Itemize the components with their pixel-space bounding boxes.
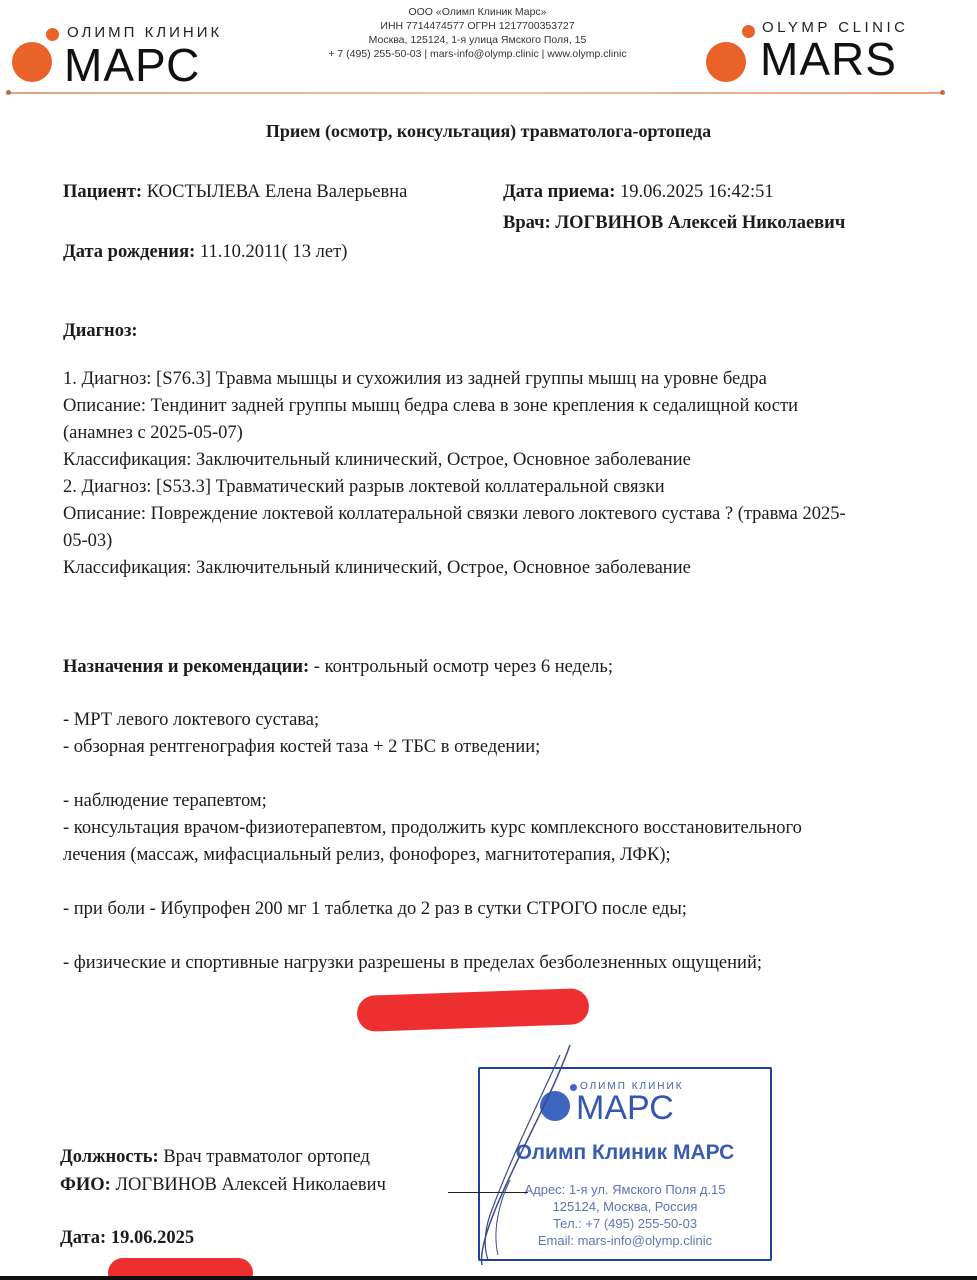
signature-icon xyxy=(440,1040,600,1270)
recommendation-item: - обзорная рентгенография костей таза + … xyxy=(63,734,540,761)
recommendations-label: Назначения и рекомендации: xyxy=(63,657,309,677)
logo-small-circle-icon xyxy=(46,28,59,41)
recommendation-item: - консультация врачом-физиотерапевтом, п… xyxy=(63,815,802,842)
doctor-field: Врач: ЛОГВИНОВ Алексей Николаевич xyxy=(503,210,845,237)
patient-field: Пациент: КОСТЫЛЕВА Елена Валерьевна xyxy=(63,179,407,206)
logo-circle-icon xyxy=(706,42,746,82)
redaction-mark xyxy=(356,988,589,1032)
logo-circle-icon xyxy=(12,42,52,82)
recommendation-item: - МРТ левого локтевого сустава; xyxy=(63,707,319,734)
company-contacts: + 7 (495) 255-50-03 | mars-info@olymp.cl… xyxy=(265,47,690,61)
doctor-value: ЛОГВИНОВ Алексей Николаевич xyxy=(555,213,845,233)
position-field: Должность: Врач травматолог ортопед xyxy=(60,1144,370,1171)
recommendation-item: лечения (массаж, мифасциальный релиз, фо… xyxy=(63,842,671,869)
diagnosis-line: 2. Диагноз: [S53.3] Травматический разры… xyxy=(63,474,846,501)
diagnosis-line: 1. Диагноз: [S76.3] Травма мышцы и сухож… xyxy=(63,366,846,393)
birth-date-value: 11.10.2011( 13 лет) xyxy=(200,242,347,262)
visit-date-value: 19.06.2025 16:42:51 xyxy=(620,182,774,202)
logo-title: МАРС xyxy=(64,42,200,88)
patient-value: КОСТЫЛЕВА Елена Валерьевна xyxy=(147,182,408,202)
diagnosis-line: Описание: Тендинит задней группы мышц бе… xyxy=(63,393,846,420)
clinic-logo-en: OLYMP CLINIC MARS xyxy=(706,22,946,92)
recommendation-item: - контрольный осмотр через 6 недель; xyxy=(309,657,613,677)
clinic-logo-ru: ОЛИМП КЛИНИК МАРС xyxy=(12,22,242,92)
diagnosis-line: 05-03) xyxy=(63,528,846,555)
diagnosis-line: Описание: Повреждение локтевой коллатера… xyxy=(63,501,846,528)
recommendation-item: - физические и спортивные нагрузки разре… xyxy=(63,950,762,977)
document-title: Прием (осмотр, консультация) травматолог… xyxy=(0,121,977,142)
logo-title: MARS xyxy=(760,36,897,82)
date-value: 19.06.2025 xyxy=(111,1228,194,1248)
diagnosis-block: 1. Диагноз: [S76.3] Травма мышцы и сухож… xyxy=(63,366,846,582)
diagnosis-line: Классификация: Заключительный клинически… xyxy=(63,555,846,582)
clinic-requisites: ООО «Олимп Клиник Марс» ИНН 7714474577 О… xyxy=(265,5,690,61)
fio-label: ФИО: xyxy=(60,1175,111,1195)
fio-value: ЛОГВИНОВ Алексей Николаевич xyxy=(115,1175,385,1195)
diagnosis-line: (анамнез с 2025-05-07) xyxy=(63,420,846,447)
position-value: Врач травматолог ортопед xyxy=(163,1147,370,1167)
recommendation-item: - наблюдение терапевтом; xyxy=(63,788,267,815)
position-label: Должность: xyxy=(60,1147,159,1167)
company-ids: ИНН 7714474577 ОГРН 1217700353727 xyxy=(265,19,690,33)
birth-date-label: Дата рождения: xyxy=(63,242,195,262)
image-bottom-border xyxy=(0,1276,977,1280)
date-field: Дата: 19.06.2025 xyxy=(60,1225,194,1252)
visit-date-label: Дата приема: xyxy=(503,182,615,202)
visit-date-field: Дата приема: 19.06.2025 16:42:51 xyxy=(503,179,774,206)
header-divider xyxy=(8,92,943,94)
company-address: Москва, 125124, 1-я улица Ямского Поля, … xyxy=(265,33,690,47)
patient-label: Пациент: xyxy=(63,182,142,202)
date-label: Дата: xyxy=(60,1228,106,1248)
recommendations-heading: Назначения и рекомендации: - контрольный… xyxy=(63,654,613,681)
diagnosis-heading: Диагноз: xyxy=(63,318,138,345)
birth-date-field: Дата рождения: 11.10.2011( 13 лет) xyxy=(63,239,347,266)
recommendation-item: - при боли - Ибупрофен 200 мг 1 таблетка… xyxy=(63,896,687,923)
logo-small-circle-icon xyxy=(742,25,755,38)
diagnosis-line: Классификация: Заключительный клинически… xyxy=(63,447,846,474)
fio-field: ФИО: ЛОГВИНОВ Алексей Николаевич xyxy=(60,1172,386,1199)
doctor-label: Врач: xyxy=(503,213,551,233)
company-name: ООО «Олимп Клиник Марс» xyxy=(265,5,690,19)
